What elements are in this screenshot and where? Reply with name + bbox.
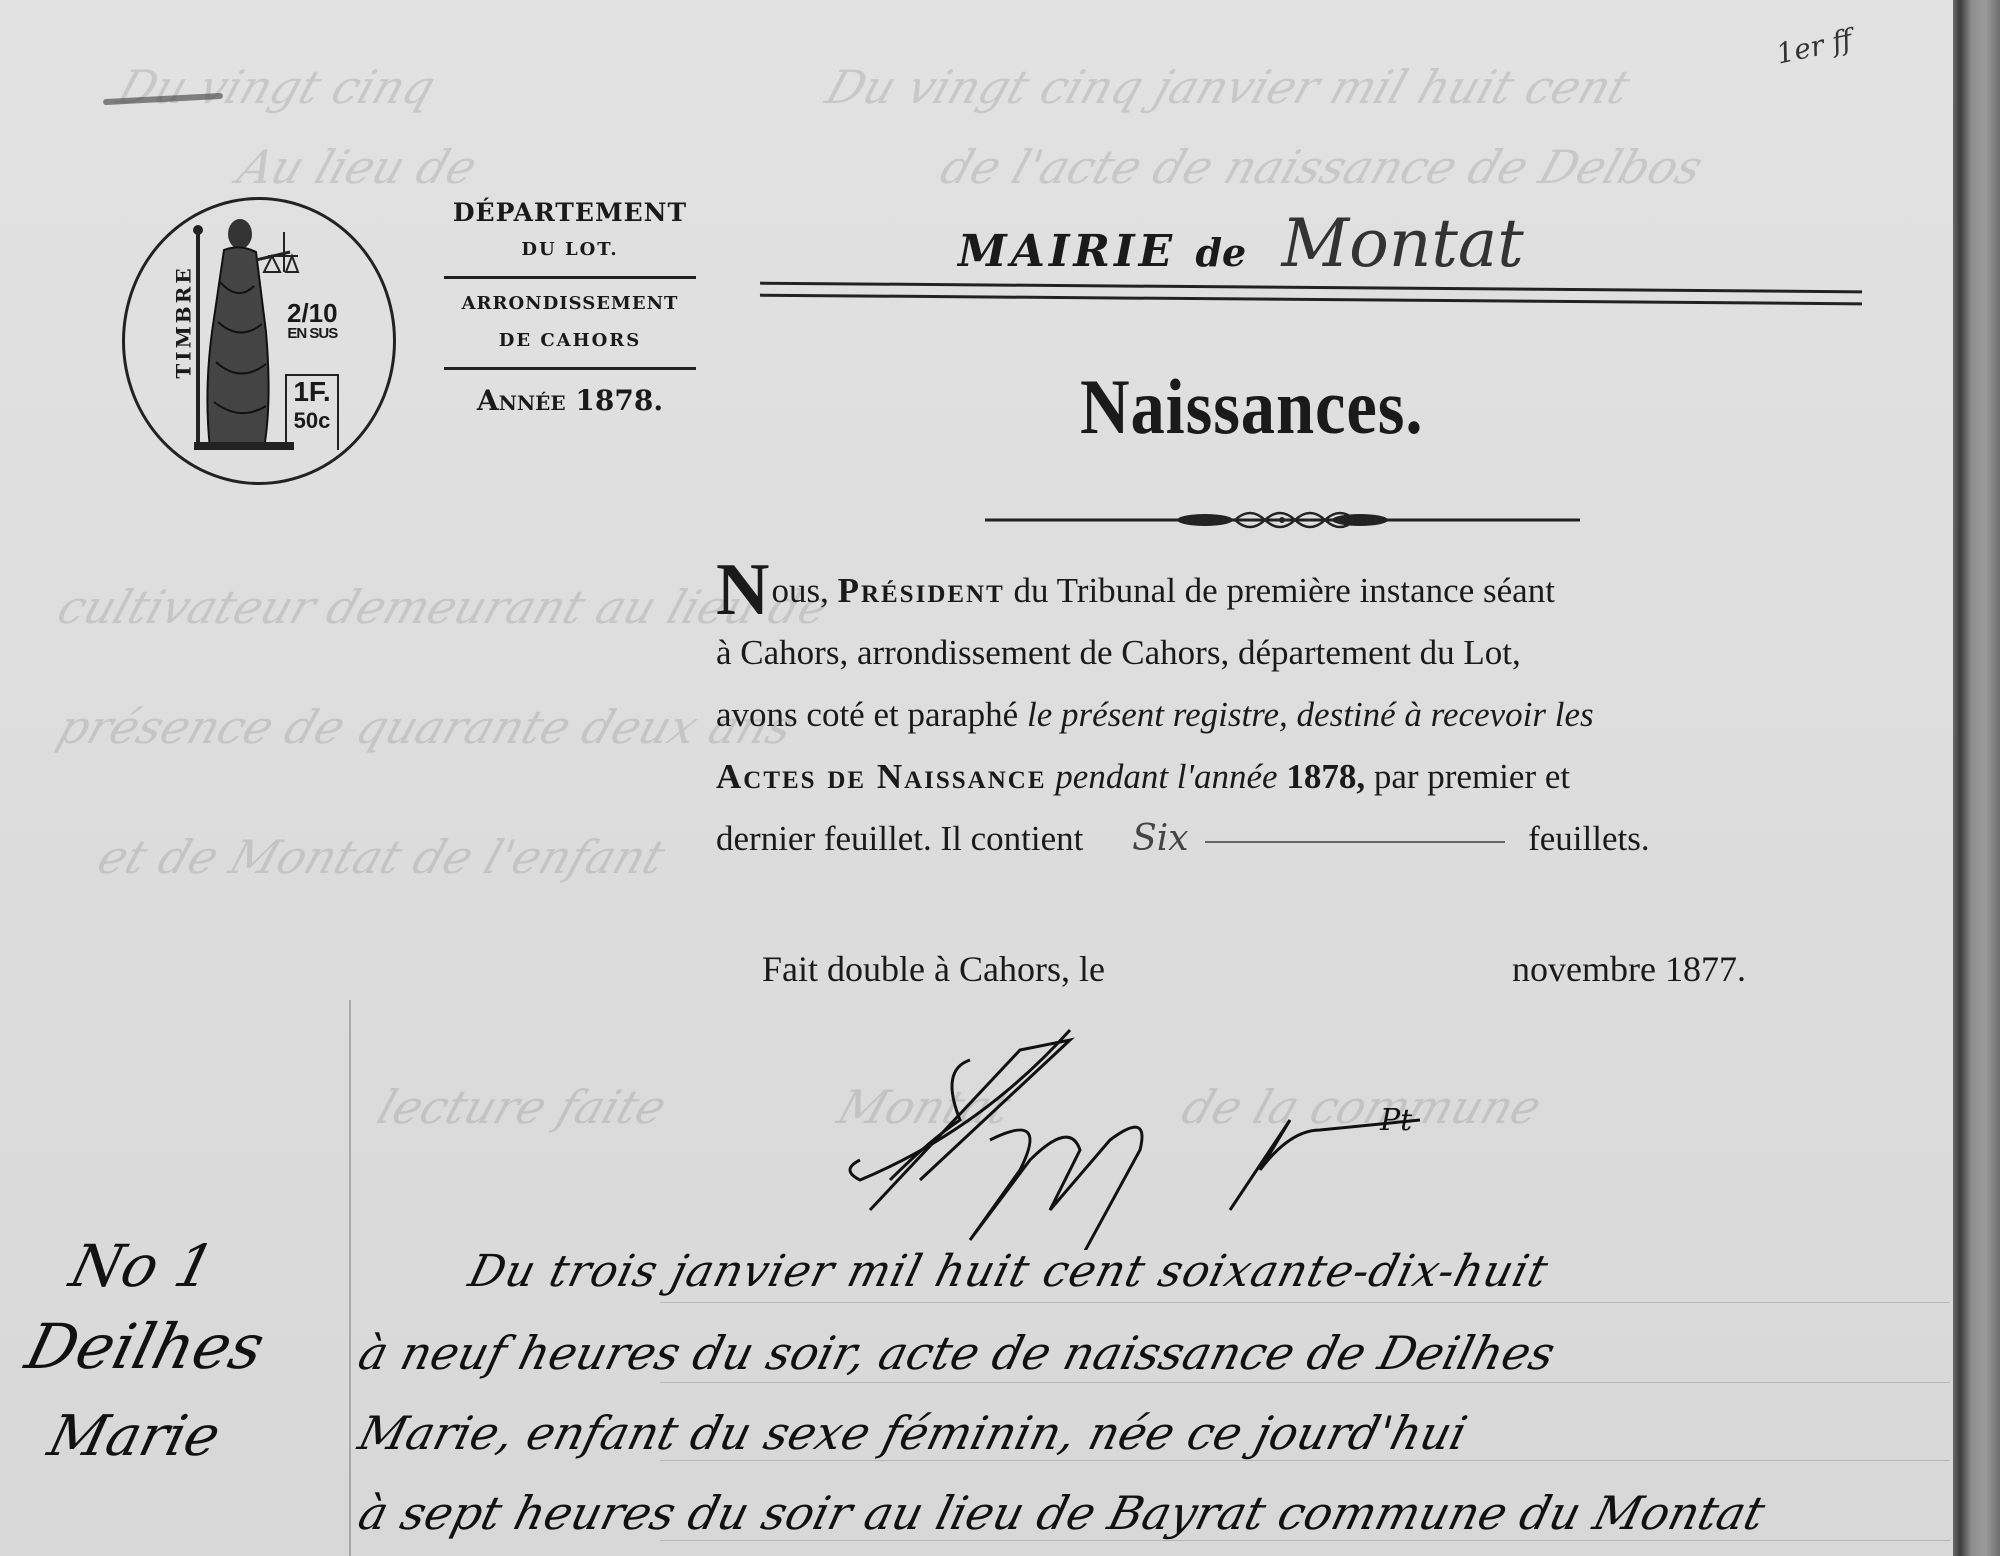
stamp-price: 1F. 50c [285,374,339,450]
entry-line-3: Marie, enfant du sexe féminin, née ce jo… [353,1406,1472,1460]
justice-figure-icon [180,212,300,452]
register-year: Année 1878. [440,384,700,417]
ruled-line [660,1540,1950,1541]
declaration-line-3: avons coté et paraphé le présent registr… [716,684,1846,746]
folio-note: 1er ff [1773,22,1855,70]
declaration-line-4: Actes de Naissance pendant l'année 1878,… [716,746,1846,808]
fill-in-line [1205,841,1505,843]
mairie-heading: MAIRIE de Montat [958,205,1524,282]
svg-text:Pt: Pt [1379,1103,1413,1138]
mairie-de: de [1195,230,1246,275]
arrondissement-name: DE CAHORS [440,330,700,351]
bleed-through-text: Du vingt cinq Du vingt cinq janvier mil … [111,60,1637,114]
ruled-line [660,1382,1950,1383]
double-rule-divider [760,282,1862,306]
sheet-count-handwritten: Six [1132,818,1188,859]
ornament-divider-icon [985,505,1580,535]
signing-place-date: Fait double à Cahors, le novembre 1877. [762,948,1842,990]
arrondissement-label: ARRONDISSEMENT [440,293,700,314]
divider [444,276,696,279]
departement-label: DÉPARTEMENT [440,198,700,227]
ruled-line [660,1460,1950,1461]
entry-line-4: à sept heures du soir au lieu de Bayrat … [353,1486,1770,1540]
register-page: Du vingt cinq Du vingt cinq janvier mil … [0,0,1953,1556]
department-block: DÉPARTEMENT DU LOT. ARRONDISSEMENT DE CA… [440,198,700,417]
declaration-line-2: à Cahors, arrondissement de Cahors, dépa… [716,622,1846,684]
departement-name: DU LOT. [440,239,700,260]
commune-name-handwritten: Montat [1282,205,1524,282]
stamp-surcharge: 2/10 EN SUS [287,300,338,342]
fait-double: Fait double à Cahors, le [762,949,1105,989]
ink-mark [103,93,223,105]
president-declaration: N ous, Président du Tribunal de première… [716,560,1846,870]
entry-line-1: Du trois janvier mil huit cent soixante-… [464,1246,1554,1297]
drop-cap: N [716,560,769,620]
tax-stamp: TIMBRE 2/10 EN SUS 1F. 50c [122,197,396,485]
entry-surname: Deilhes [19,1310,272,1383]
signing-date: novembre 1877. [1512,948,1746,990]
bleed-through-text: présence de quarante deux ans [51,700,800,754]
declaration-line-1: N ous, Président du Tribunal de première… [716,560,1846,622]
entry-line-2: à neuf heures du soir, acte de naissance… [353,1326,1560,1380]
bleed-through-text: Au lieu de de l'acte de naissance de Del… [231,140,1709,194]
margin-rule [349,1000,351,1556]
president-signature: Pt [820,1010,1720,1250]
mairie-label: MAIRIE [958,226,1176,277]
bleed-through-text: et de Montat de l'enfant [91,830,672,884]
ruled-line [660,1302,1950,1303]
declaration-line-5: dernier feuillet. Il contient Six feuill… [716,808,1846,870]
book-binding-edge [1953,0,2000,1556]
register-title: Naissances. [1080,362,1423,452]
divider [444,367,696,370]
entry-number: No 1 [64,1232,222,1300]
entry-given-name: Marie [42,1404,227,1469]
